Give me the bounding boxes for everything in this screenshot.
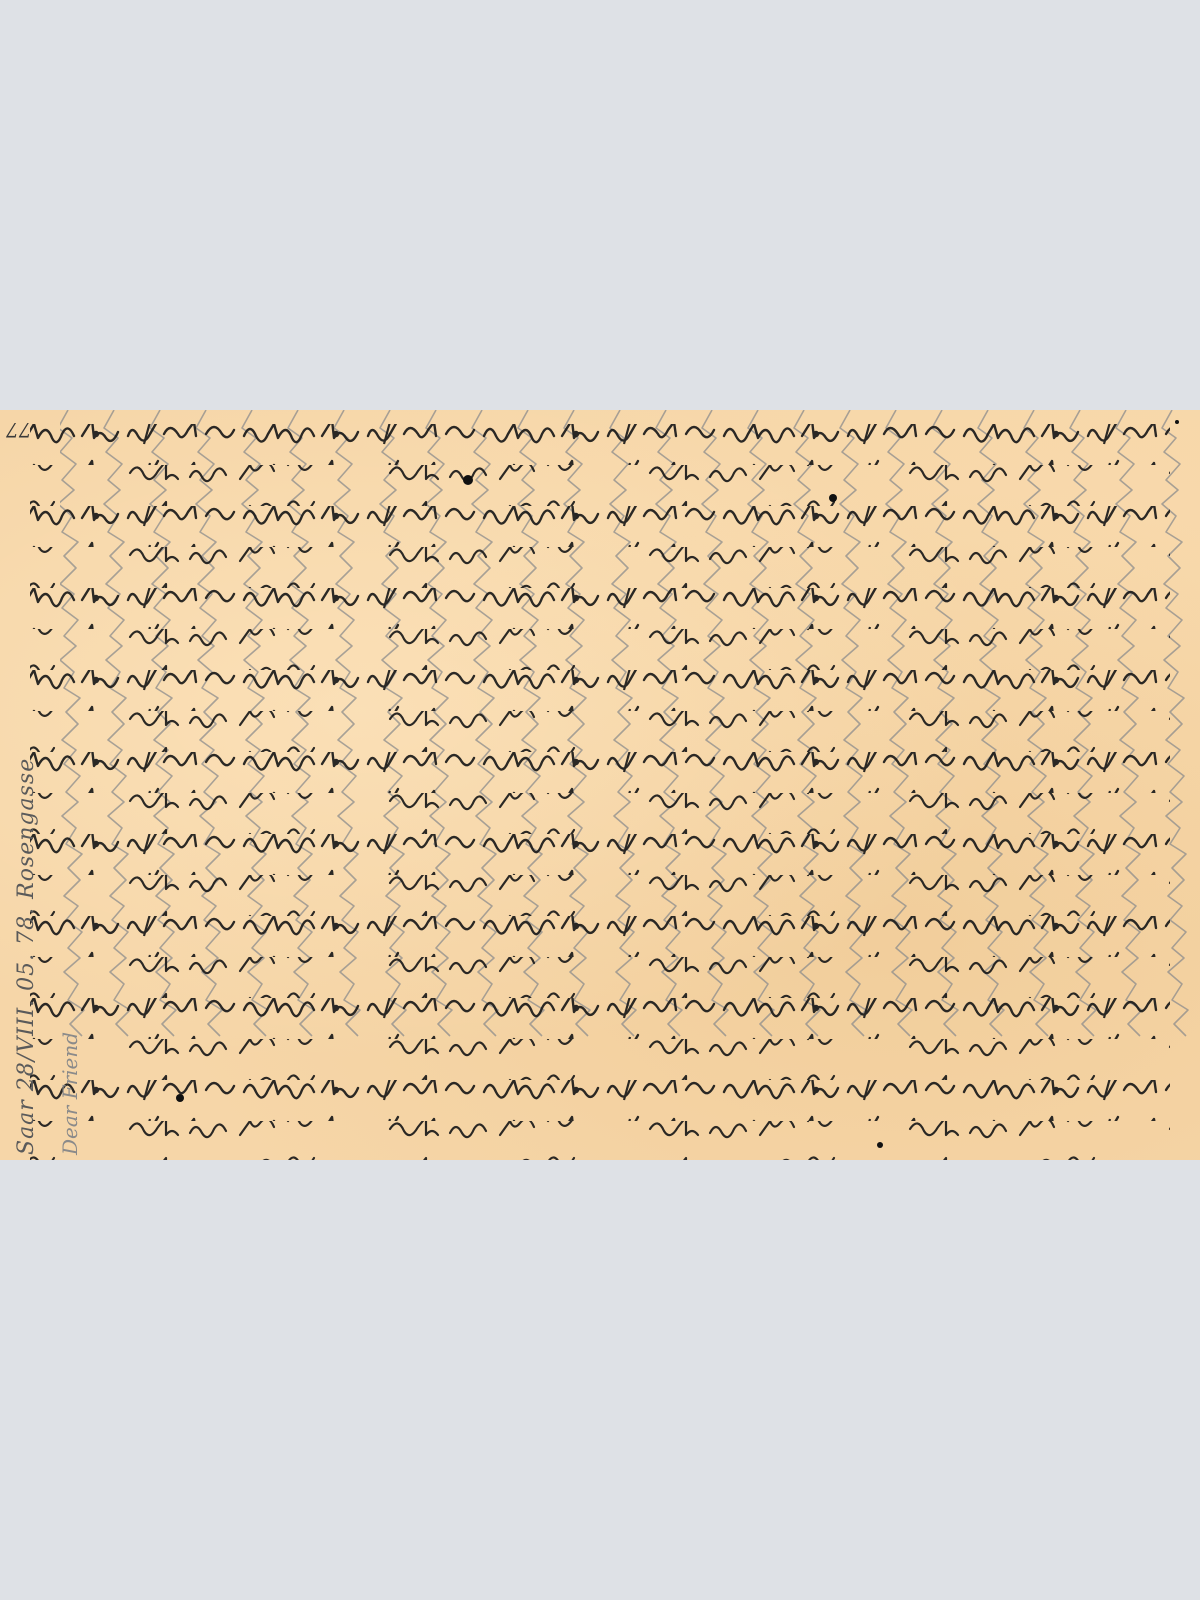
postcard: 77 Saar 28/VIII. 05. 78. Rosengasse Dear…: [0, 410, 1200, 1160]
margin-address-line: Saar 28/VIII. 05. 78. Rosengasse: [14, 758, 39, 1155]
corner-number: 77: [6, 418, 31, 442]
handwriting-layer: [0, 410, 1200, 1160]
margin-greeting: Dear Friend: [58, 1032, 82, 1155]
ink-script: [30, 424, 1170, 1160]
